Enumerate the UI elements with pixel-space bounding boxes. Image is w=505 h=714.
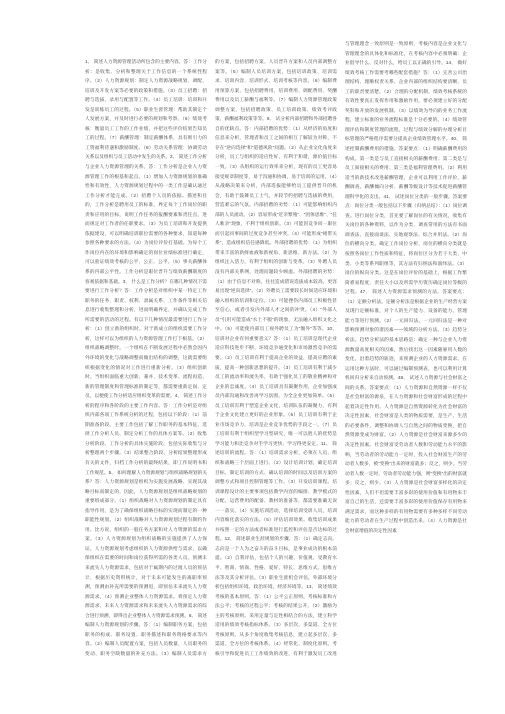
text-column-left: 1、 简述人力资源管理活动所包含的主要内容。答：工作分析：是收集、分析和整理关于… xyxy=(85,57,207,659)
scanned-notes-page: 1、 简述人力资源管理活动所包含的主要内容。答：工作分析：是收集、分析和整理关于… xyxy=(0,0,505,714)
text-column-right: 与管理理念一致原则是一致原则，考核内容是企业文化与管理理念的具体化和标准化，在考… xyxy=(345,39,467,633)
text-column-center: 的方案，包括招聘方案、人员晋升方案和人员内部调整方案等。（5）编制人员培训方案，… xyxy=(215,57,337,657)
